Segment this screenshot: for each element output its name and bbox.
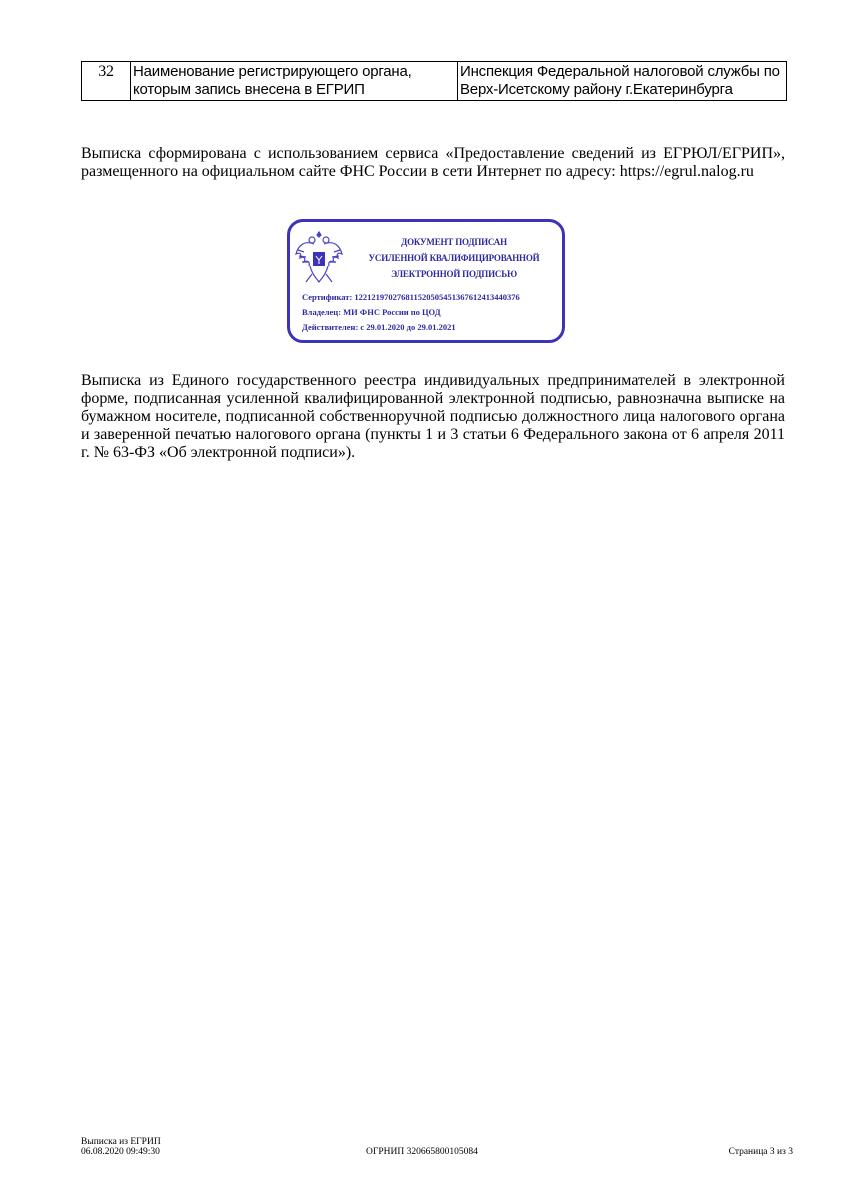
row-number: 32 bbox=[82, 62, 131, 101]
digital-signature-stamp: ДОКУМЕНТ ПОДПИСАН УСИЛЕННОЙ КВАЛИФИЦИРОВ… bbox=[287, 219, 565, 343]
service-note-paragraph: Выписка сформирована с использованием се… bbox=[81, 145, 785, 181]
certificate-number: Сертификат: 1221219702768115205054513676… bbox=[302, 292, 520, 302]
certificate-validity: Действителен: с 29.01.2020 до 29.01.2021 bbox=[302, 322, 456, 332]
footer-page-number: Страница 3 из 3 bbox=[729, 1147, 793, 1157]
footer-doc-name: Выписка из ЕГРИП bbox=[81, 1137, 161, 1147]
row-value: Инспекция Федеральной налоговой службы п… bbox=[458, 62, 787, 101]
table-row: 32 Наименование регистрирующего органа, … bbox=[82, 62, 787, 101]
document-page: 32 Наименование регистрирующего органа, … bbox=[0, 0, 848, 1200]
stamp-title: ДОКУМЕНТ ПОДПИСАН УСИЛЕННОЙ КВАЛИФИЦИРОВ… bbox=[348, 234, 560, 282]
footer-ogrnip: ОГРНИП 320665800105084 bbox=[366, 1147, 478, 1157]
row-label: Наименование регистрирующего органа, кот… bbox=[131, 62, 458, 101]
footer-datetime: 06.08.2020 09:49:30 bbox=[81, 1147, 161, 1157]
footer-left: Выписка из ЕГРИП 06.08.2020 09:49:30 bbox=[81, 1137, 161, 1157]
legal-note-paragraph: Выписка из Единого государственного реес… bbox=[81, 372, 785, 462]
russian-coat-of-arms-icon bbox=[294, 228, 344, 286]
certificate-owner: Владелец: МИ ФНС России по ЦОД bbox=[302, 307, 441, 317]
registry-table: 32 Наименование регистрирующего органа, … bbox=[81, 61, 787, 101]
